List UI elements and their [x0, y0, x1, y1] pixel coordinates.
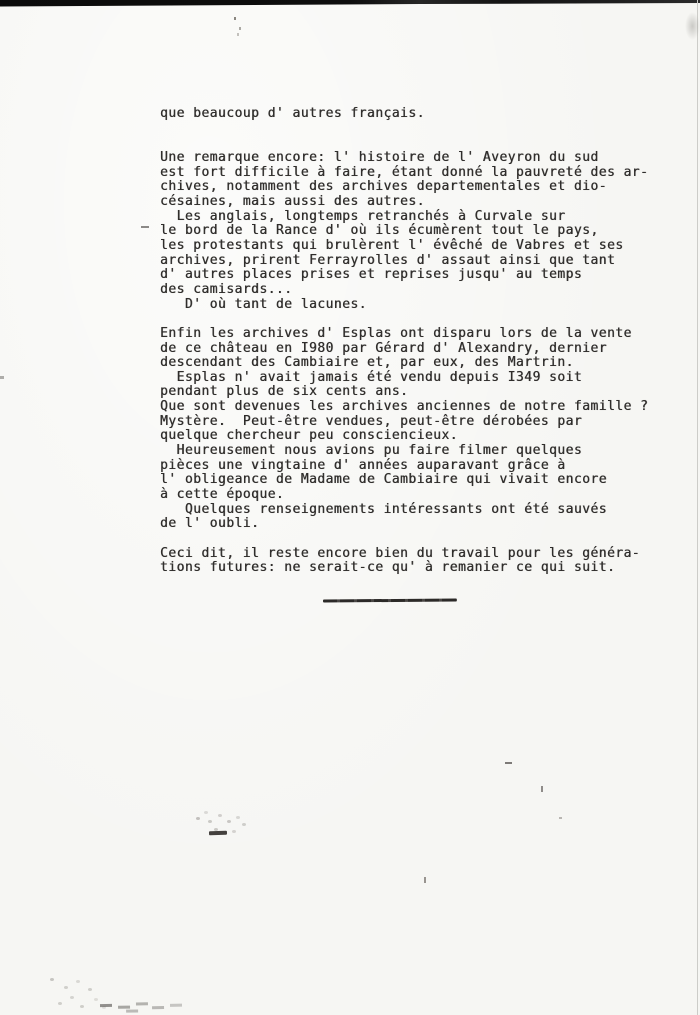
ink-speck-top — [234, 17, 236, 20]
typed-separator-rule — [323, 599, 457, 603]
typewritten-text: que beaucoup d' autres français. Une rem… — [160, 107, 648, 576]
scan-smudge-middle — [196, 817, 200, 820]
scan-edge-artifact-right — [697, 0, 698, 1015]
scan-smudge-top-right — [685, 12, 700, 40]
margin-dash-mark — [141, 226, 149, 228]
scan-smudge-bottom-dark — [100, 1004, 112, 1007]
ink-speck-left-edge — [0, 376, 4, 379]
scan-edge-artifact-top — [0, 0, 700, 7]
ink-speck-b — [541, 786, 543, 792]
ink-dash-middle — [209, 831, 227, 836]
scanned-page: que beaucoup d' autres français. Une rem… — [0, 0, 700, 1015]
scan-smudge-bottom-left — [50, 978, 54, 981]
ink-speck-c — [559, 817, 562, 819]
ink-speck-d — [424, 877, 426, 883]
ink-speck-a — [505, 762, 512, 764]
